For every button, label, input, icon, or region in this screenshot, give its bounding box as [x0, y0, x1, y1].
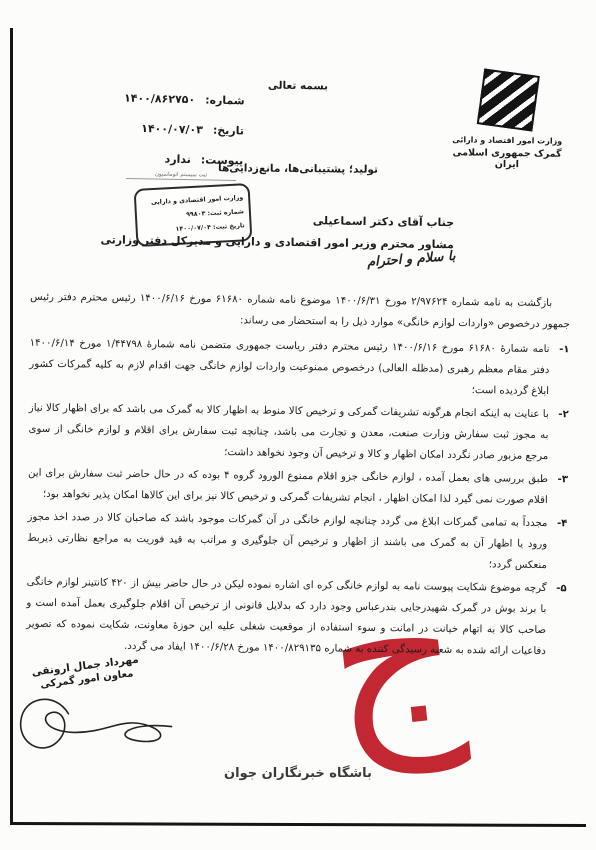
item-text: گرچه موضوع شکایت پیوست نامه به لوازم خان… — [26, 572, 547, 662]
letter-date-row: تاریخ:۱۴۰۰/۰۷/۰۳ — [44, 112, 245, 147]
letter-item-1: ۱- نامه شمارهٔ ۶۱۶۸۰ مورخ ۱۴۰۰/۶/۱۶ رئیس… — [29, 333, 570, 403]
item-number: ۳- — [548, 469, 569, 511]
item-number: ۱- — [549, 339, 570, 402]
letter-item-4: ۴- مجدداً به تمامی گمرکات ابلاغ می گردد … — [27, 507, 568, 577]
letterhead: وزارت امور اقتصاد و دارائی گمرک جمهوری ا… — [439, 71, 575, 171]
stamp-handwritten-note: ثبت سیستم اتوماسیون — [126, 171, 236, 181]
letter-date-value: ۱۴۰۰/۰۷/۰۳ — [141, 114, 203, 145]
item-text: نامه شمارهٔ ۶۱۶۸۰ مورخ ۱۴۰۰/۶/۱۶ رئیس مح… — [29, 333, 550, 402]
letter-number-value: ۱۴۰۰/۸۶۲۷۵۰ — [124, 84, 196, 116]
recipient-block: جناب آقای دکتر اسماعیلی مشاور محترم وزیر… — [134, 208, 455, 256]
item-text: مجدداً به تمامی گمرکات ابلاغ می گردد چنا… — [27, 507, 548, 576]
item-text: با عنایت به اینکه انجام هرگونه تشریفات گ… — [28, 398, 549, 467]
letter-body: بازگشت به نامه شماره ۲/۹۷۶۲۴ مورخ ۱۴۰۰/۶… — [26, 287, 570, 665]
letter-date-label: تاریخ: — [213, 116, 245, 147]
letter-intro-paragraph: بازگشت به نامه شماره ۲/۹۷۶۲۴ مورخ ۱۴۰۰/۶… — [30, 287, 570, 336]
handwritten-signature-icon — [8, 674, 178, 767]
scanned-letter-page: بسمه تعالی شماره:۱۴۰۰/۸۶۲۷۵۰ تاریخ:۱۴۰۰/… — [0, 0, 596, 850]
scan-border-bottom — [10, 822, 586, 827]
item-number: ۵- — [546, 578, 567, 662]
item-number: ۴- — [547, 513, 568, 576]
ministry-name: وزارت امور اقتصاد و دارائی — [440, 135, 575, 146]
letter-number-row: شماره:۱۴۰۰/۸۶۲۷۵۰ — [44, 82, 245, 117]
customs-administration-logo-icon — [476, 68, 539, 131]
letter-item-2: ۲- با عنایت به اینکه انجام هرگونه تشریفا… — [28, 398, 569, 468]
item-number: ۲- — [548, 404, 569, 467]
letter-item-3: ۳- طبق بررسی های بعمل آمده ، لوازم خانگی… — [28, 463, 568, 512]
young-journalists-club-caption: باشگاه خبرنگاران جوان — [0, 766, 596, 781]
item-text: طبق بررسی های بعمل آمده ، لوازم خانگی جز… — [28, 463, 548, 511]
letter-number-label: شماره: — [205, 85, 245, 116]
letter-item-5: ۵- گرچه موضوع شکایت پیوست نامه به لوازم … — [26, 572, 567, 663]
